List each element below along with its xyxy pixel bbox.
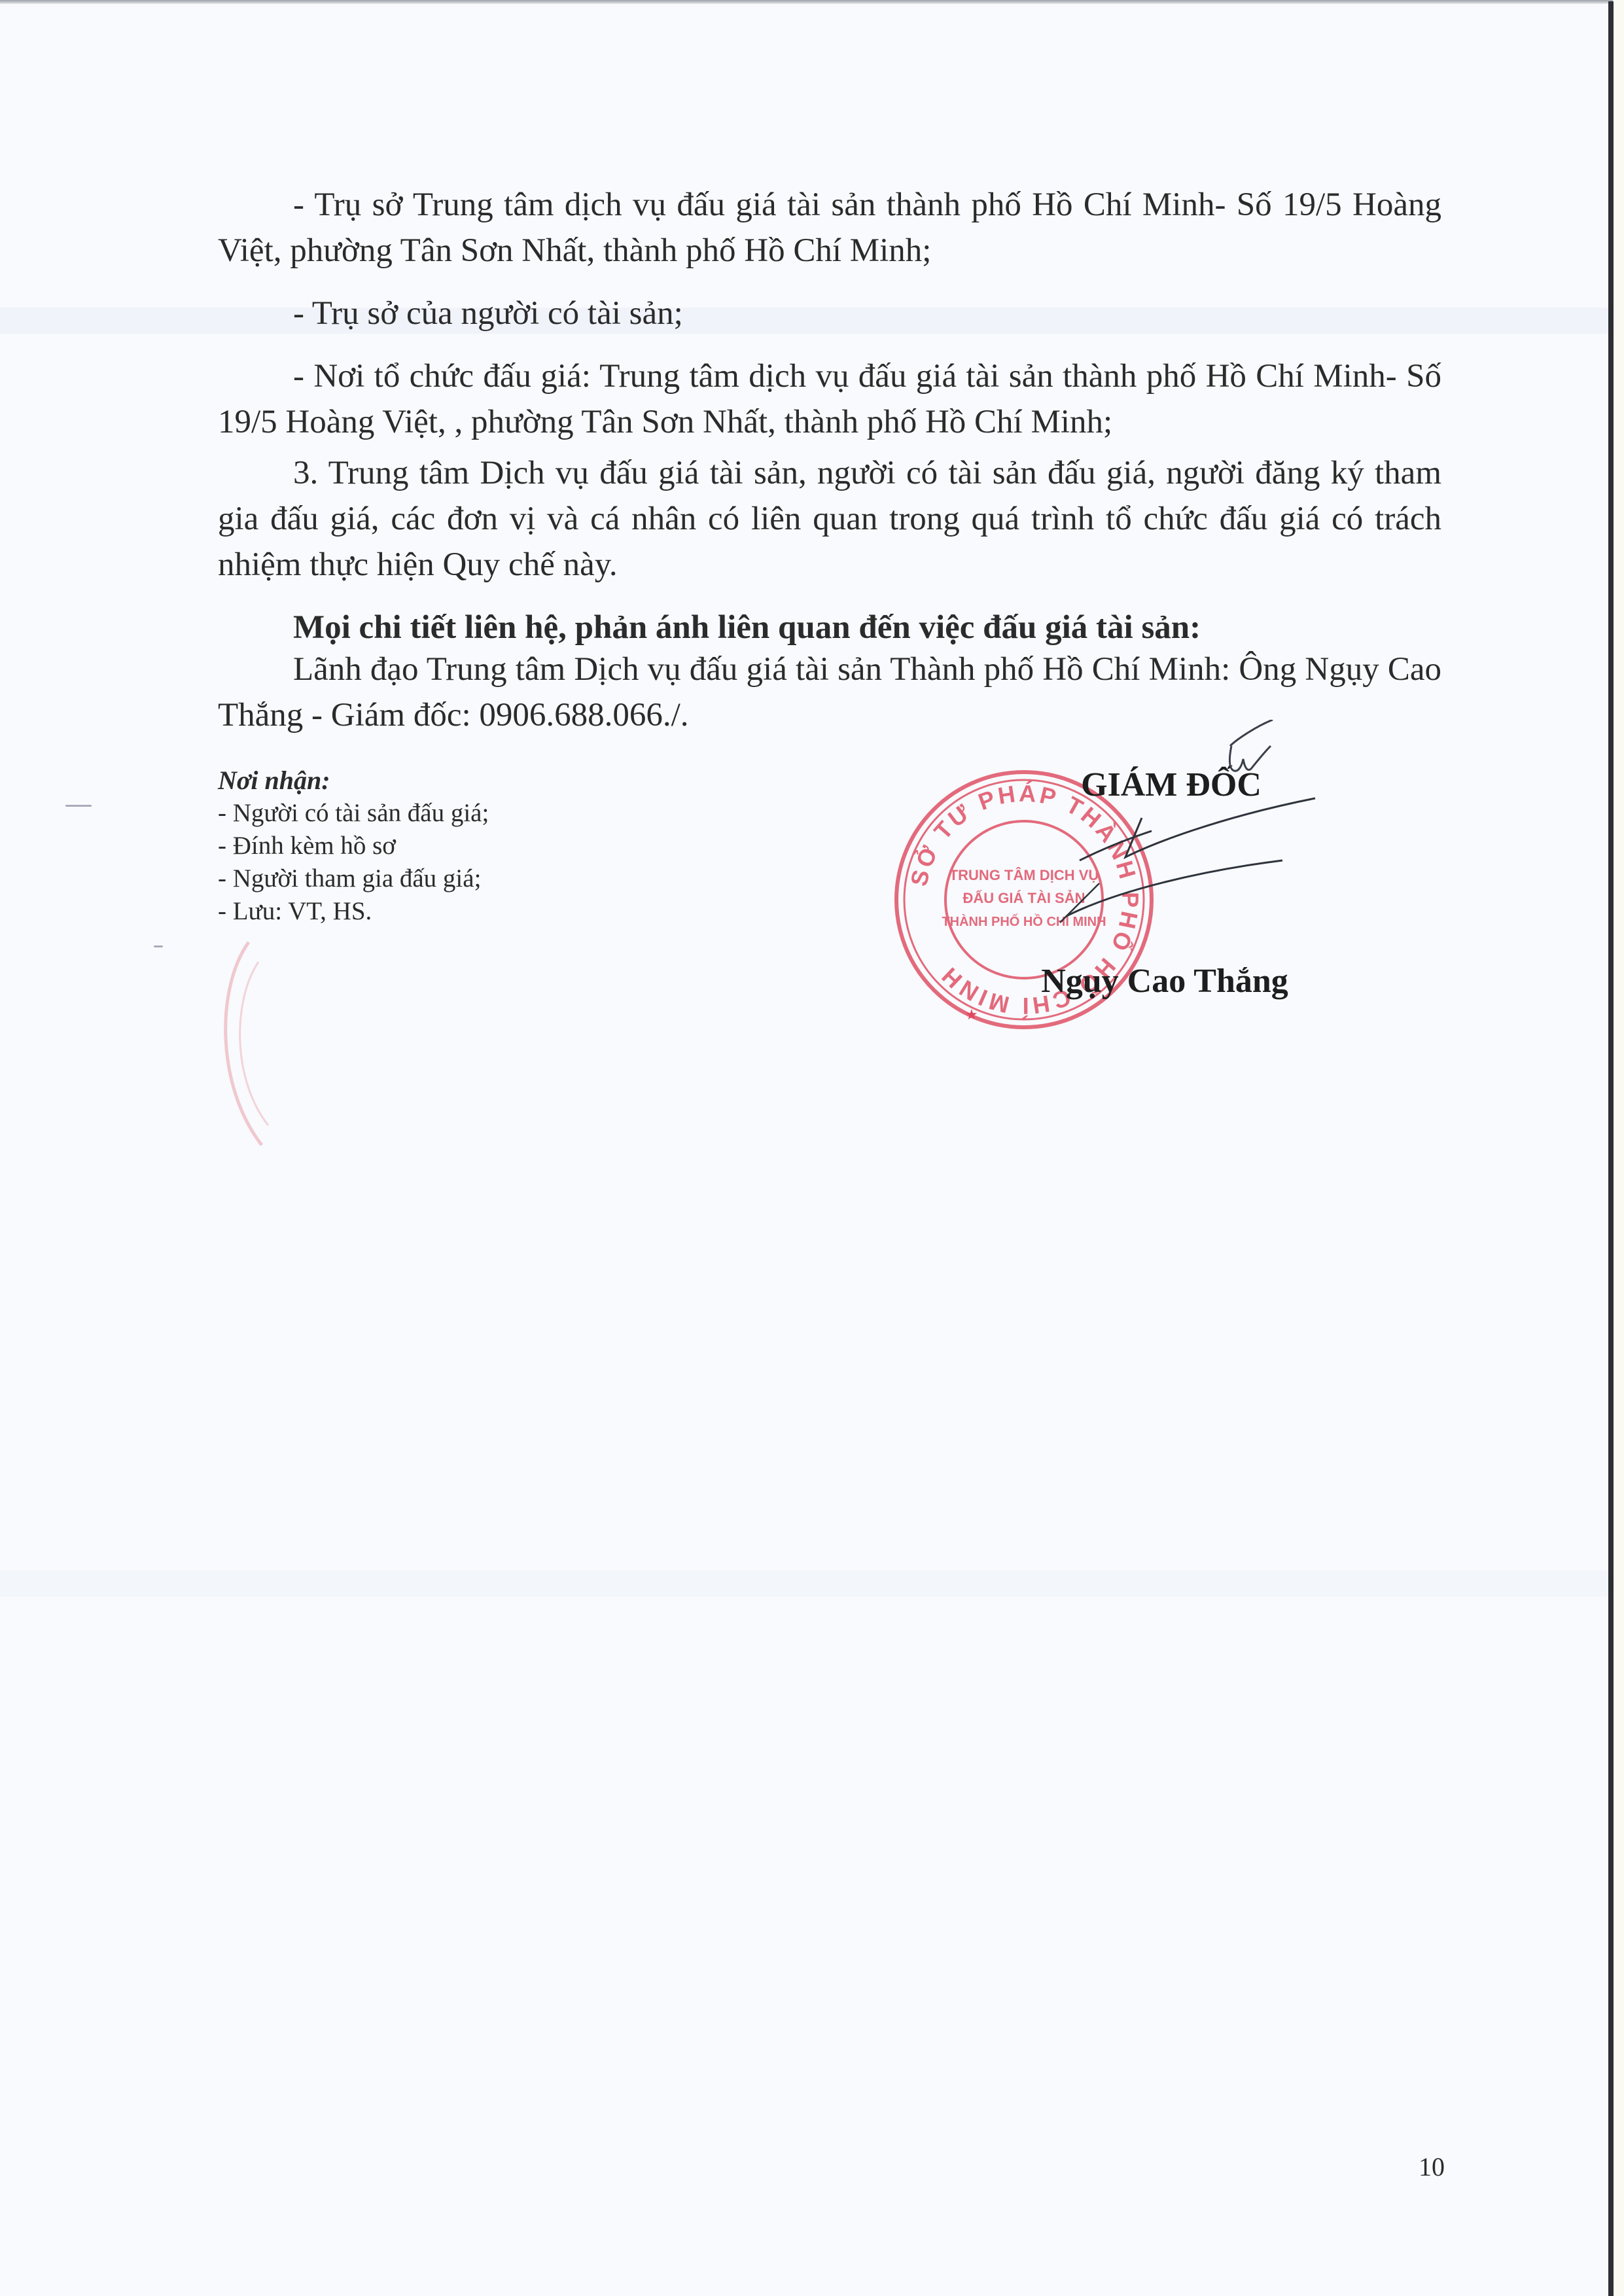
- scan-right-border: [1608, 1, 1614, 2296]
- recipient-item: - Đính kèm hồ sơ: [218, 830, 489, 862]
- recipient-item: - Lưu: VT, HS.: [218, 895, 489, 928]
- scan-mark: [154, 945, 163, 947]
- scan-artifact: [0, 1570, 1608, 1597]
- paragraph-owner-office: - Trụ sở của người có tài sản;: [218, 291, 1441, 336]
- recipients-block: Nơi nhận: - Người có tài sản đấu giá; - …: [218, 764, 489, 928]
- contact-heading: Mọi chi tiết liên hệ, phản ánh liên quan…: [218, 605, 1441, 650]
- paragraph-responsibility: 3. Trung tâm Dịch vụ đấu giá tài sản, ng…: [218, 450, 1441, 588]
- handwritten-signature: [1021, 720, 1387, 968]
- scan-mark: [65, 805, 92, 807]
- scan-right-margin: [1614, 0, 1624, 2296]
- recipient-item: - Người có tài sản đấu giá;: [218, 797, 489, 830]
- paragraph-auction-venue: - Nơi tổ chức đấu giá: Trung tâm dịch vụ…: [218, 353, 1441, 445]
- recipient-item: - Người tham gia đấu giá;: [218, 862, 489, 895]
- paragraph-office-address: - Trụ sở Trung tâm dịch vụ đấu giá tài s…: [218, 182, 1441, 274]
- recipients-title: Nơi nhận:: [218, 764, 489, 797]
- stamp-star-icon: ★: [965, 1006, 978, 1023]
- scan-top-edge: [0, 0, 1613, 4]
- ghost-stamp-mark: [209, 936, 288, 1152]
- body-text: - Trụ sở Trung tâm dịch vụ đấu giá tài s…: [218, 182, 1441, 738]
- document-page: - Trụ sở Trung tâm dịch vụ đấu giá tài s…: [0, 0, 1624, 2296]
- page-number: 10: [1419, 2151, 1445, 2182]
